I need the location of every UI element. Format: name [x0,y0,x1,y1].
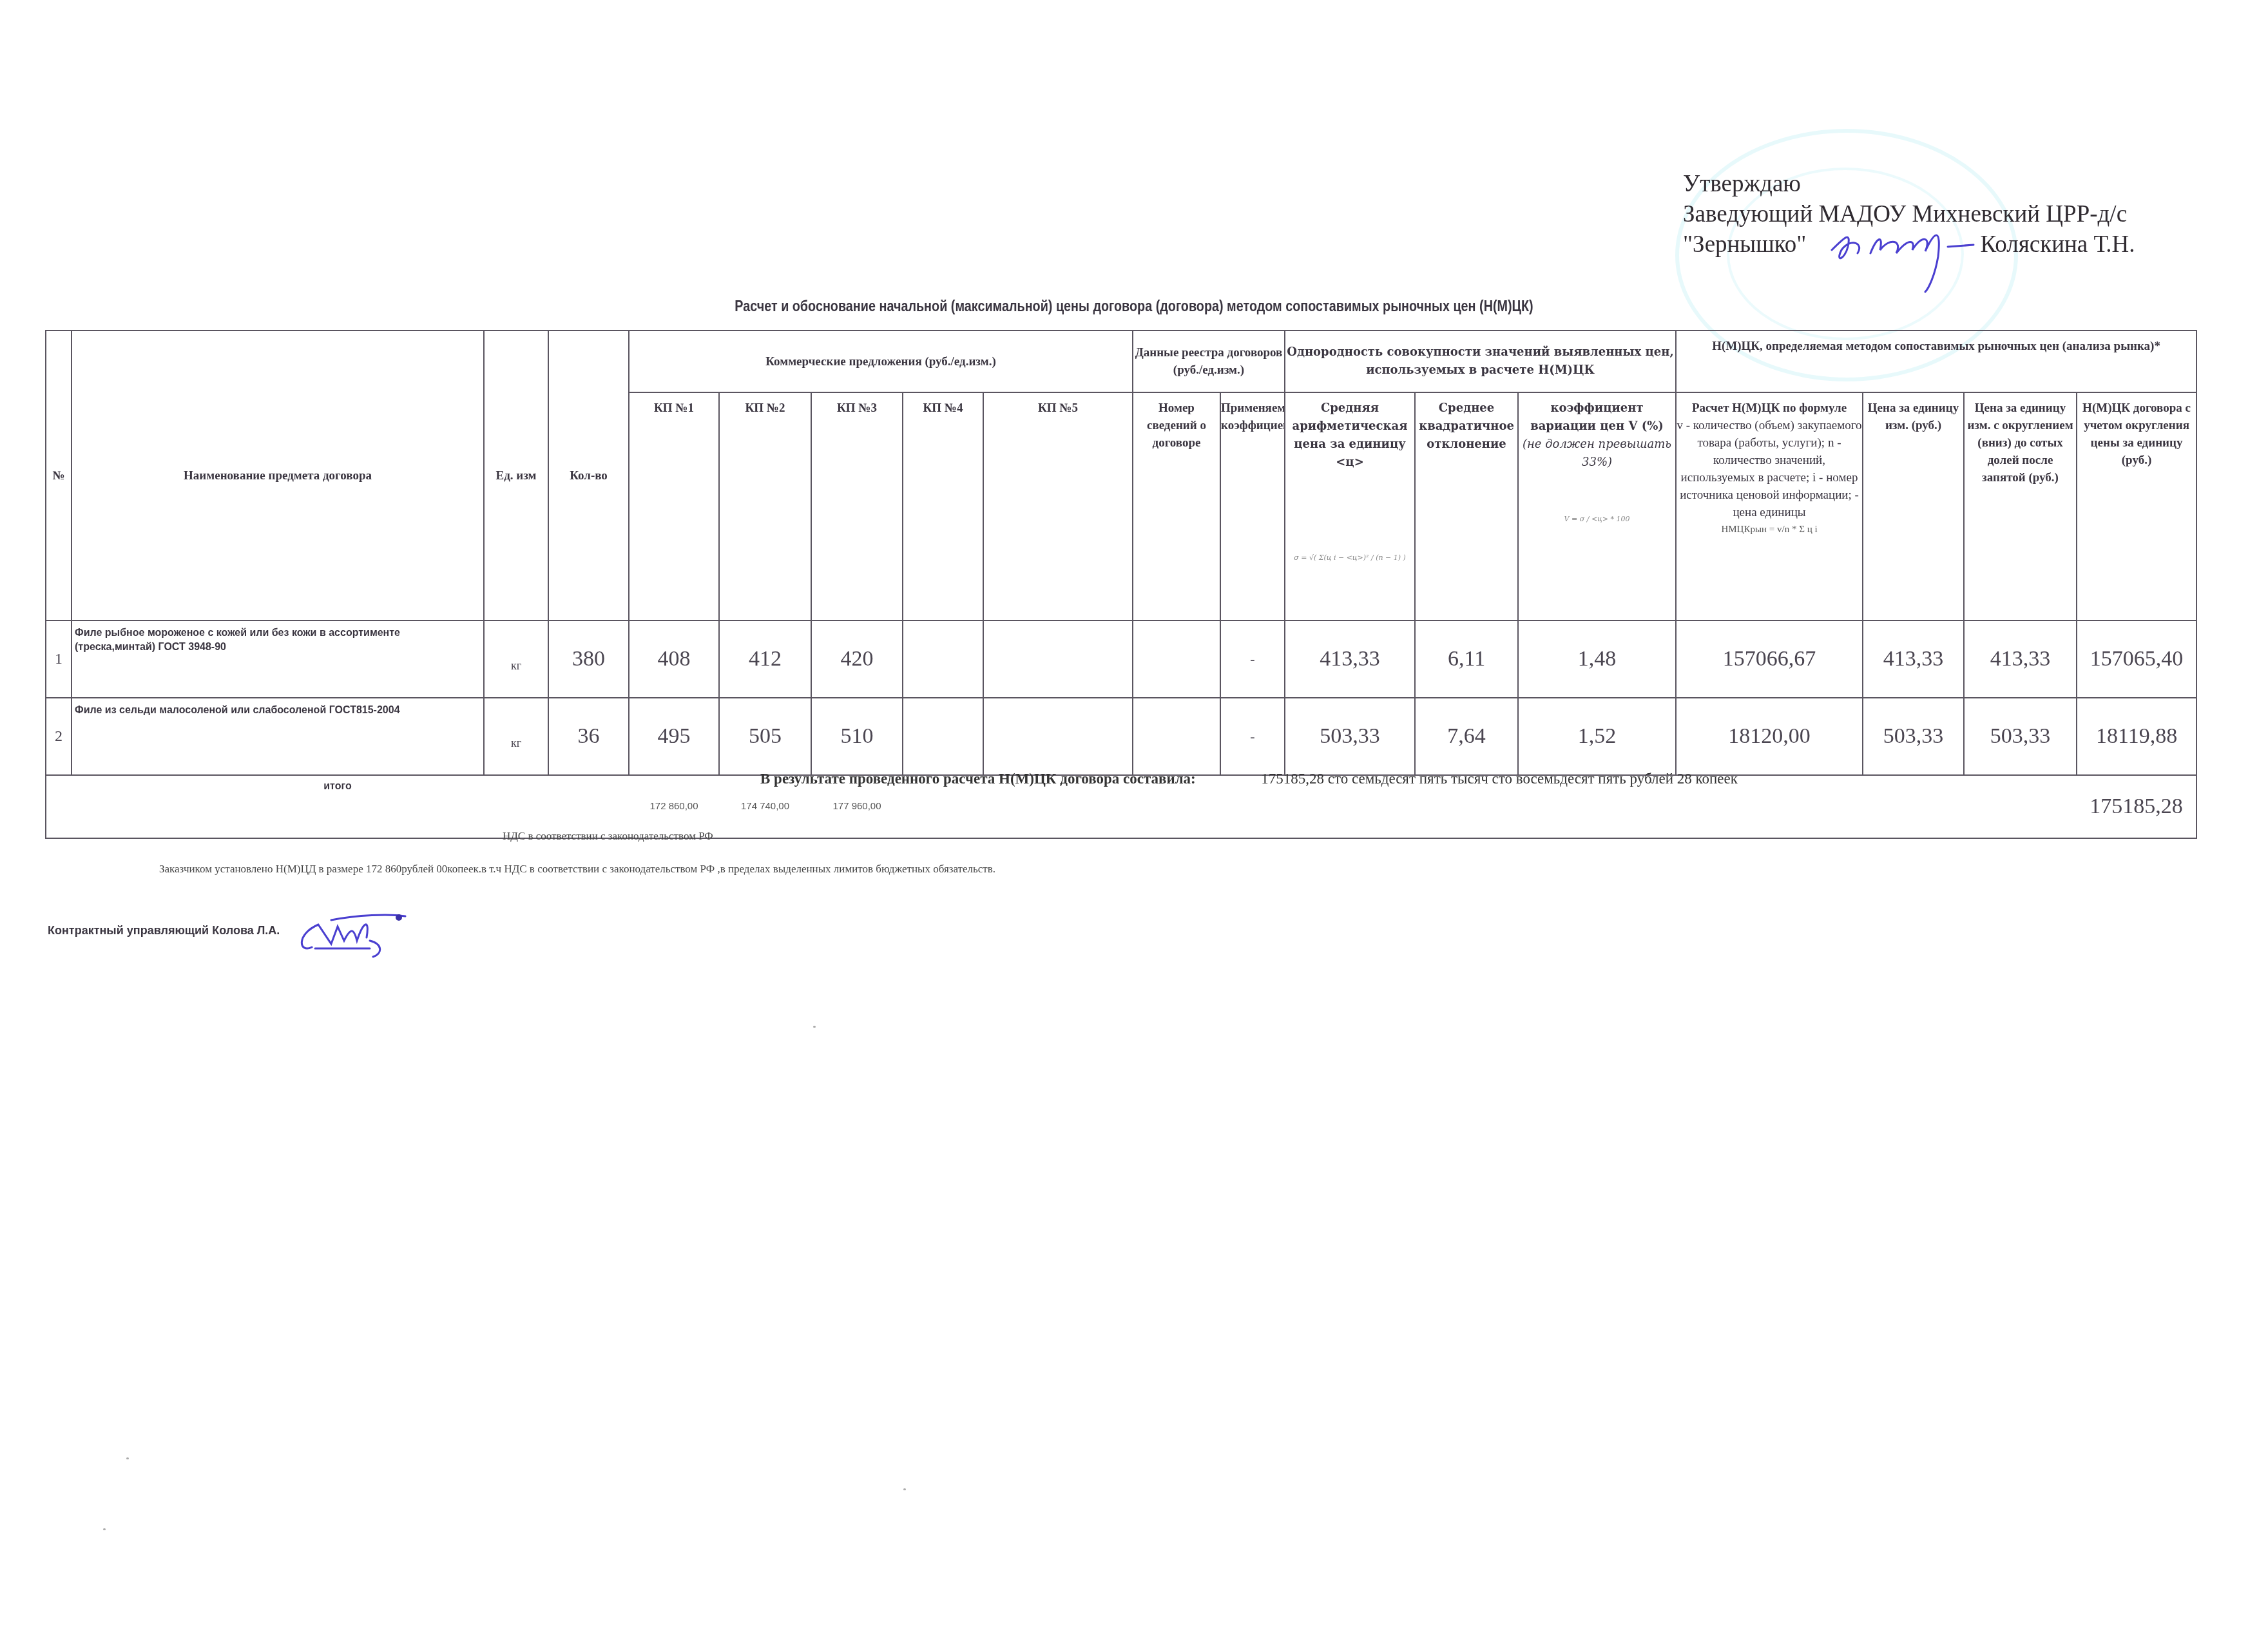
approval-block: Утверждаю Заведующий МАДОУ Михневский ЦР… [1683,169,2135,260]
row-applied-coef: - [1220,698,1285,775]
signature-icon [1819,224,1993,295]
header-std-dev: Среднее квадратичное отклонение [1415,392,1518,620]
variation-label: коэффициент вариации цен V (%) [1530,401,1664,433]
row-kp2: 505 [719,698,811,775]
scan-speck [103,1528,106,1530]
row-variation: 1,48 [1518,620,1676,698]
row-kp4 [903,698,983,775]
header-group-nmck: Н(М)ЦК, определяемая методом сопоставимы… [1676,331,2196,392]
row-num: 2 [46,698,72,775]
header-unit-price-rounded: Цена за единицу изм. с округлением (вниз… [1964,392,2077,620]
row-unit-price: 503,33 [1863,698,1964,775]
header-contract-info-no: Номер сведений о договоре [1133,392,1220,620]
result-label: В результате проведенного расчета Н(М)ЦК… [760,771,1196,787]
row-std-dev: 7,64 [1415,698,1518,775]
row-name: Филе из сельди малосоленой или слабосоле… [72,698,484,775]
header-qty: Кол-во [548,331,629,620]
result-value: 175185,28 [1261,771,1324,787]
scan-speck [813,1026,816,1028]
table-row: 2 Филе из сельди малосоленой или слабосо… [46,698,2196,775]
manager-signature-icon [293,908,434,960]
header-unit-price: Цена за единицу изм. (руб.) [1863,392,1964,620]
price-calculation-table: № Наименование предмета договора Ед. изм… [45,330,2197,839]
scan-speck [126,1457,129,1459]
header-applied-coef: Применяемый коэффициент [1220,392,1285,620]
row-std-dev: 6,11 [1415,620,1518,698]
approval-signer: Коляскина Т.Н. [1980,229,2135,260]
row-unit: кг [484,620,548,698]
v-formula: V = σ / <ц> * 100 [1519,510,1675,528]
document-title: Расчет и обоснование начальной (максимал… [159,298,2109,315]
calc-formula-desc: v - количество (объем) закупаемого товар… [1677,419,1862,519]
row-variation: 1,52 [1518,698,1676,775]
row-applied-coef: - [1220,620,1285,698]
row-kp1: 495 [629,698,719,775]
row-kp3: 420 [811,620,903,698]
table-row: 1 Филе рыбное мороженое с кожей или без … [46,620,2196,698]
calc-formula-title: Расчет Н(М)ЦК по формуле [1692,401,1847,415]
result-in-words: сто семьдесят пять тысяч сто восемьдесят… [1328,771,1738,787]
header-group-homogeneity: Однородность совокупности значений выявл… [1285,331,1676,392]
row-mean-price: 413,33 [1285,620,1415,698]
row-mean-price: 503,33 [1285,698,1415,775]
row-calc: 157066,67 [1676,620,1863,698]
sigma-formula: σ = √( Σ(ц i − <ц>)² / (n − 1) ) [1285,549,1414,567]
grand-total: 175185,28 [2090,794,2183,818]
row-calc: 18120,00 [1676,698,1863,775]
header-kp4: КП №4 [903,392,983,620]
customer-note: Заказчиком установлено Н(М)ЦД в размере … [75,860,1080,878]
calc-formula: НМЦКрын = v/n * Σ ц i [1677,521,1862,539]
row-contract-info-no [1133,698,1220,775]
approval-org: "Зернышко" [1683,229,1806,260]
row-qty: 380 [548,620,629,698]
total-kp2: 174 740,00 [741,801,789,812]
header-nmck-rounded: Н(М)ЦК договора с учетом округления цены… [2077,392,2196,620]
result-line: В результате проведенного расчета Н(М)ЦК… [760,771,1738,787]
total-kp1-cell: 172 860,00 [629,775,719,838]
contract-manager-label: Контрактный управляющий Колова Л.А. [48,924,280,937]
total-kp1: 172 860,00 [649,801,698,812]
row-kp1: 408 [629,620,719,698]
header-calc-formula: Расчет Н(М)ЦК по формуле v - количество … [1676,392,1863,620]
total-label-cell: итого [46,775,629,838]
row-unit: кг [484,698,548,775]
header-mean-price: Средняя арифметическая цена за единицу <… [1285,392,1415,620]
grand-total-cell: 175185,28 [2077,775,2196,838]
row-nmck: 18119,88 [2077,698,2196,775]
row-name: Филе рыбное мороженое с кожей или без ко… [72,620,484,698]
header-kp1: КП №1 [629,392,719,620]
row-unit-price-rounded: 413,33 [1964,620,2077,698]
header-group-registry: Данные реестра договоров (руб./ед.изм.) [1133,331,1285,392]
director-signature [1806,229,1980,260]
header-num: № [46,331,72,620]
row-unit-price: 413,33 [1863,620,1964,698]
header-variation: коэффициент вариации цен V (%) (не долже… [1518,392,1676,620]
row-num: 1 [46,620,72,698]
header-kp3: КП №3 [811,392,903,620]
variation-note: (не должен превышать 33%) [1523,437,1671,469]
row-kp2: 412 [719,620,811,698]
row-kp3: 510 [811,698,903,775]
header-unit: Ед. изм [484,331,548,620]
header-kp5: КП №5 [983,392,1133,620]
row-nmck: 157065,40 [2077,620,2196,698]
total-kp3: 177 960,00 [832,801,881,812]
header-kp2: КП №2 [719,392,811,620]
contract-manager: Контрактный управляющий Колова Л.А. [48,924,280,937]
row-kp4 [903,620,983,698]
row-kp5 [983,620,1133,698]
total-label: итого [46,781,629,793]
header-group-offers: Коммерческие предложения (руб./ед.изм.) [629,331,1133,392]
header-name: Наименование предмета договора [72,331,484,620]
row-kp5 [983,698,1133,775]
mean-price-label: Средняя арифметическая цена за единицу <… [1293,401,1408,469]
scan-speck [903,1488,906,1490]
row-qty: 36 [548,698,629,775]
row-unit-price-rounded: 503,33 [1964,698,2077,775]
row-contract-info-no [1133,620,1220,698]
vat-note: НДС в соответствии с законодательством Р… [503,830,713,843]
approval-heading: Утверждаю [1683,169,2135,199]
